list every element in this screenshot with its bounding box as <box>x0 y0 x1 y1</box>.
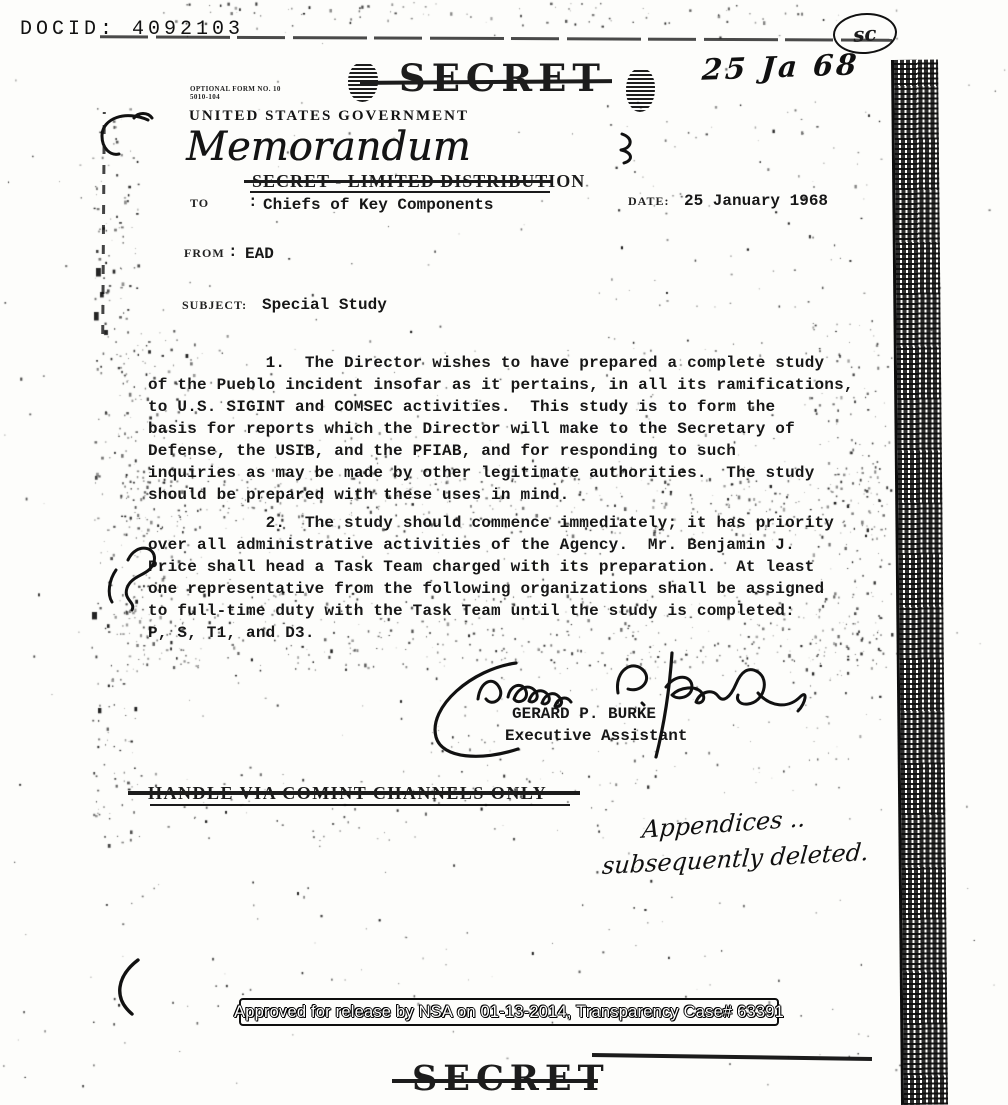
body-paragraph-2: 2. The study should commence immediately… <box>148 512 834 644</box>
classification-line-underline <box>250 191 550 193</box>
to-colon: : <box>248 193 258 211</box>
handwritten-date: 25 Ja 68 <box>701 47 861 87</box>
from-colon: : <box>228 243 238 261</box>
handling-caveat-strike <box>128 791 580 795</box>
form-number-line2: 5010-104 <box>190 93 220 101</box>
form-number: OPTIONAL FORM NO. 105010-104 <box>190 85 281 101</box>
form-number-line1: OPTIONAL FORM NO. 10 <box>190 85 281 93</box>
signature-ink <box>420 645 815 775</box>
to-value: Chiefs of Key Components <box>263 196 493 214</box>
margin-mark-middle <box>96 540 188 612</box>
secret-stamp-top: SECRET <box>399 56 606 100</box>
classification-line-strike <box>244 180 552 183</box>
body-paragraph-1: 1. The Director wishes to have prepared … <box>148 352 854 506</box>
release-note-box: Approved for release by NSA on 01-13-201… <box>239 998 779 1026</box>
date-value: 25 January 1968 <box>684 192 828 210</box>
release-note-text: Approved for release by NSA on 01-13-201… <box>234 1003 784 1022</box>
handling-caveat-underline <box>150 804 570 806</box>
bottom-horizontal-line <box>592 1053 872 1061</box>
date-label: DATE: <box>628 194 669 209</box>
subject-value: Special Study <box>262 296 387 314</box>
margin-dashed-line <box>101 112 106 334</box>
circled-annotation-text: sc <box>852 21 877 47</box>
halftone-blob-right <box>626 68 655 112</box>
to-label: TO <box>190 196 209 211</box>
scanned-memo-page: DOCID: 4092103 sc SECRET 25 Ja 68 OPTION… <box>0 0 1008 1105</box>
margin-mark-bottom <box>108 952 150 1024</box>
ink-smudge <box>612 128 642 166</box>
scanner-edge-band <box>891 60 948 1105</box>
subject-label: SUBJECT: <box>182 298 247 313</box>
from-value: EAD <box>245 245 274 263</box>
handwritten-note-line2: subsequently deleted. <box>601 838 870 880</box>
secret-stamp-bottom: SECRET <box>412 1058 610 1099</box>
government-line: UNITED STATES GOVERNMENT <box>189 108 469 125</box>
handwritten-note-line1: Appendices .. <box>641 804 806 844</box>
docid-text: DOCID: 4092103 <box>20 18 244 41</box>
from-label: FROM <box>184 246 225 261</box>
memorandum-title: Memorandum <box>186 124 471 170</box>
